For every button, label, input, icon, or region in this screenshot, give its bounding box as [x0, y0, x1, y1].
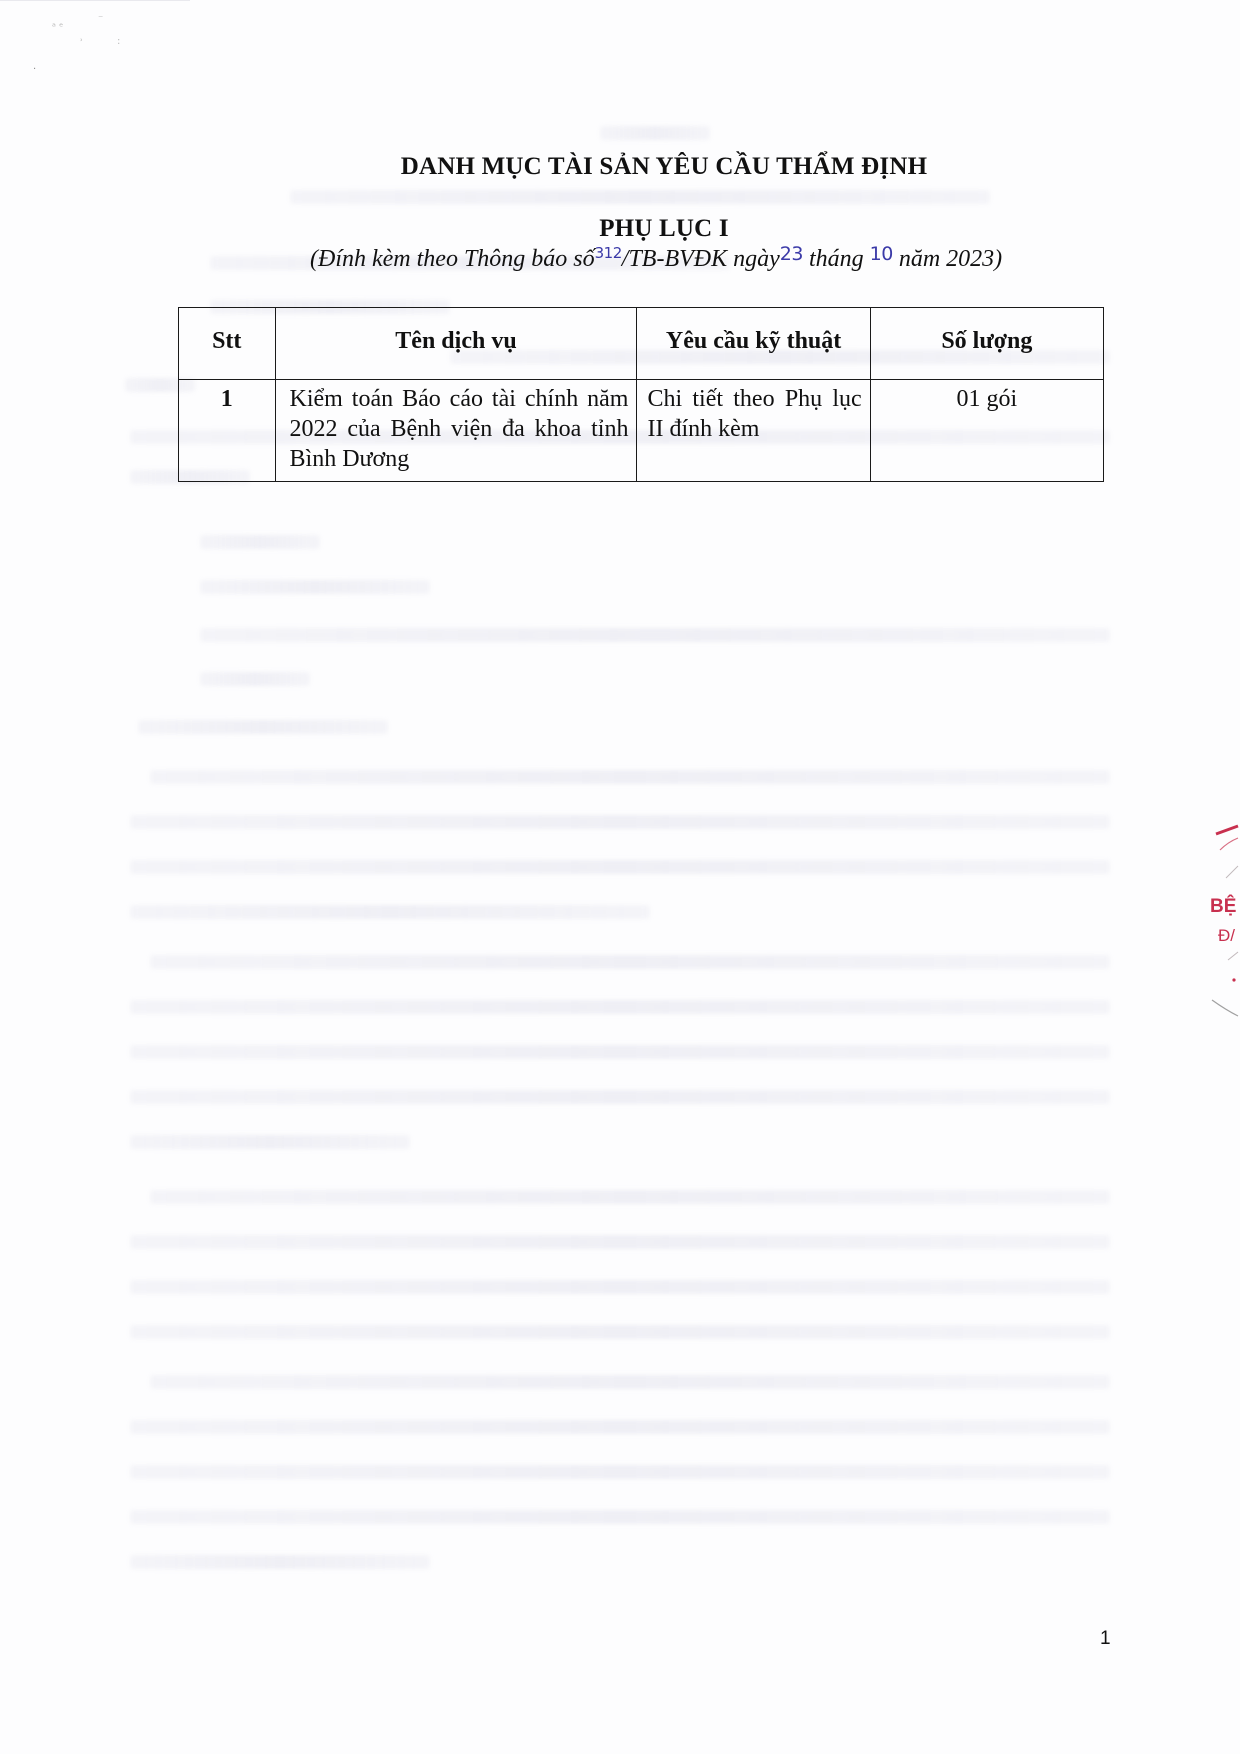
- cell-stt: 1: [179, 380, 276, 482]
- stamp-text-line2: Đ/: [1218, 926, 1235, 946]
- table-row: 1 Kiểm toán Báo cáo tài chính năm 2022 c…: [179, 380, 1104, 482]
- scan-speck: ᵃ ᵉ: [52, 22, 63, 33]
- reference-code: /TB-BVĐK ngày: [622, 246, 780, 272]
- page-number: 1: [1100, 1628, 1111, 1650]
- stamp-text-line1: BỆ: [1210, 896, 1236, 918]
- handwritten-day: 23: [780, 243, 803, 265]
- scan-speck: :: [117, 36, 120, 47]
- document-page: ᵃ ᵉ ⁻ ʾ : · DANH MỤC TÀI SẢN YÊU CẦU THẨ…: [0, 0, 1240, 1754]
- scan-speck: ·: [33, 64, 36, 75]
- reference-line: (Đính kèm theo Thông báo số312/TB-BVĐK n…: [310, 246, 1002, 273]
- stamp-arc-icon: [1198, 820, 1240, 1020]
- reference-prefix: (Đính kèm theo Thông báo số: [310, 246, 595, 272]
- handwritten-month: 10: [870, 243, 893, 265]
- scan-speck: ⁻: [98, 14, 103, 25]
- header-technical-requirement: Yêu cầu kỹ thuật: [637, 308, 870, 380]
- header-quantity: Số lượng: [870, 308, 1103, 380]
- handwritten-notice-number: 312: [595, 244, 622, 262]
- reference-month-label: tháng: [803, 246, 870, 272]
- scan-speck: ʾ: [80, 38, 83, 49]
- red-stamp-fragment: BỆ Đ/: [1198, 820, 1240, 1020]
- asset-table: Stt Tên dịch vụ Yêu cầu kỹ thuật Số lượn…: [178, 307, 1104, 482]
- scan-edge-top: [0, 0, 190, 1]
- table-header-row: Stt Tên dịch vụ Yêu cầu kỹ thuật Số lượn…: [179, 308, 1104, 380]
- document-title: DANH MỤC TÀI SẢN YÊU CẦU THẨM ĐỊNH: [44, 153, 1240, 181]
- cell-quantity: 01 gói: [870, 380, 1103, 482]
- reference-suffix: năm 2023): [893, 246, 1002, 272]
- cell-technical-requirement: Chi tiết theo Phụ lục II đính kèm: [637, 380, 870, 482]
- header-service-name: Tên dịch vụ: [275, 308, 637, 380]
- header-stt: Stt: [179, 308, 276, 380]
- cell-service-name: Kiểm toán Báo cáo tài chính năm 2022 của…: [275, 380, 637, 482]
- appendix-title: PHỤ LỤC I: [44, 215, 1240, 243]
